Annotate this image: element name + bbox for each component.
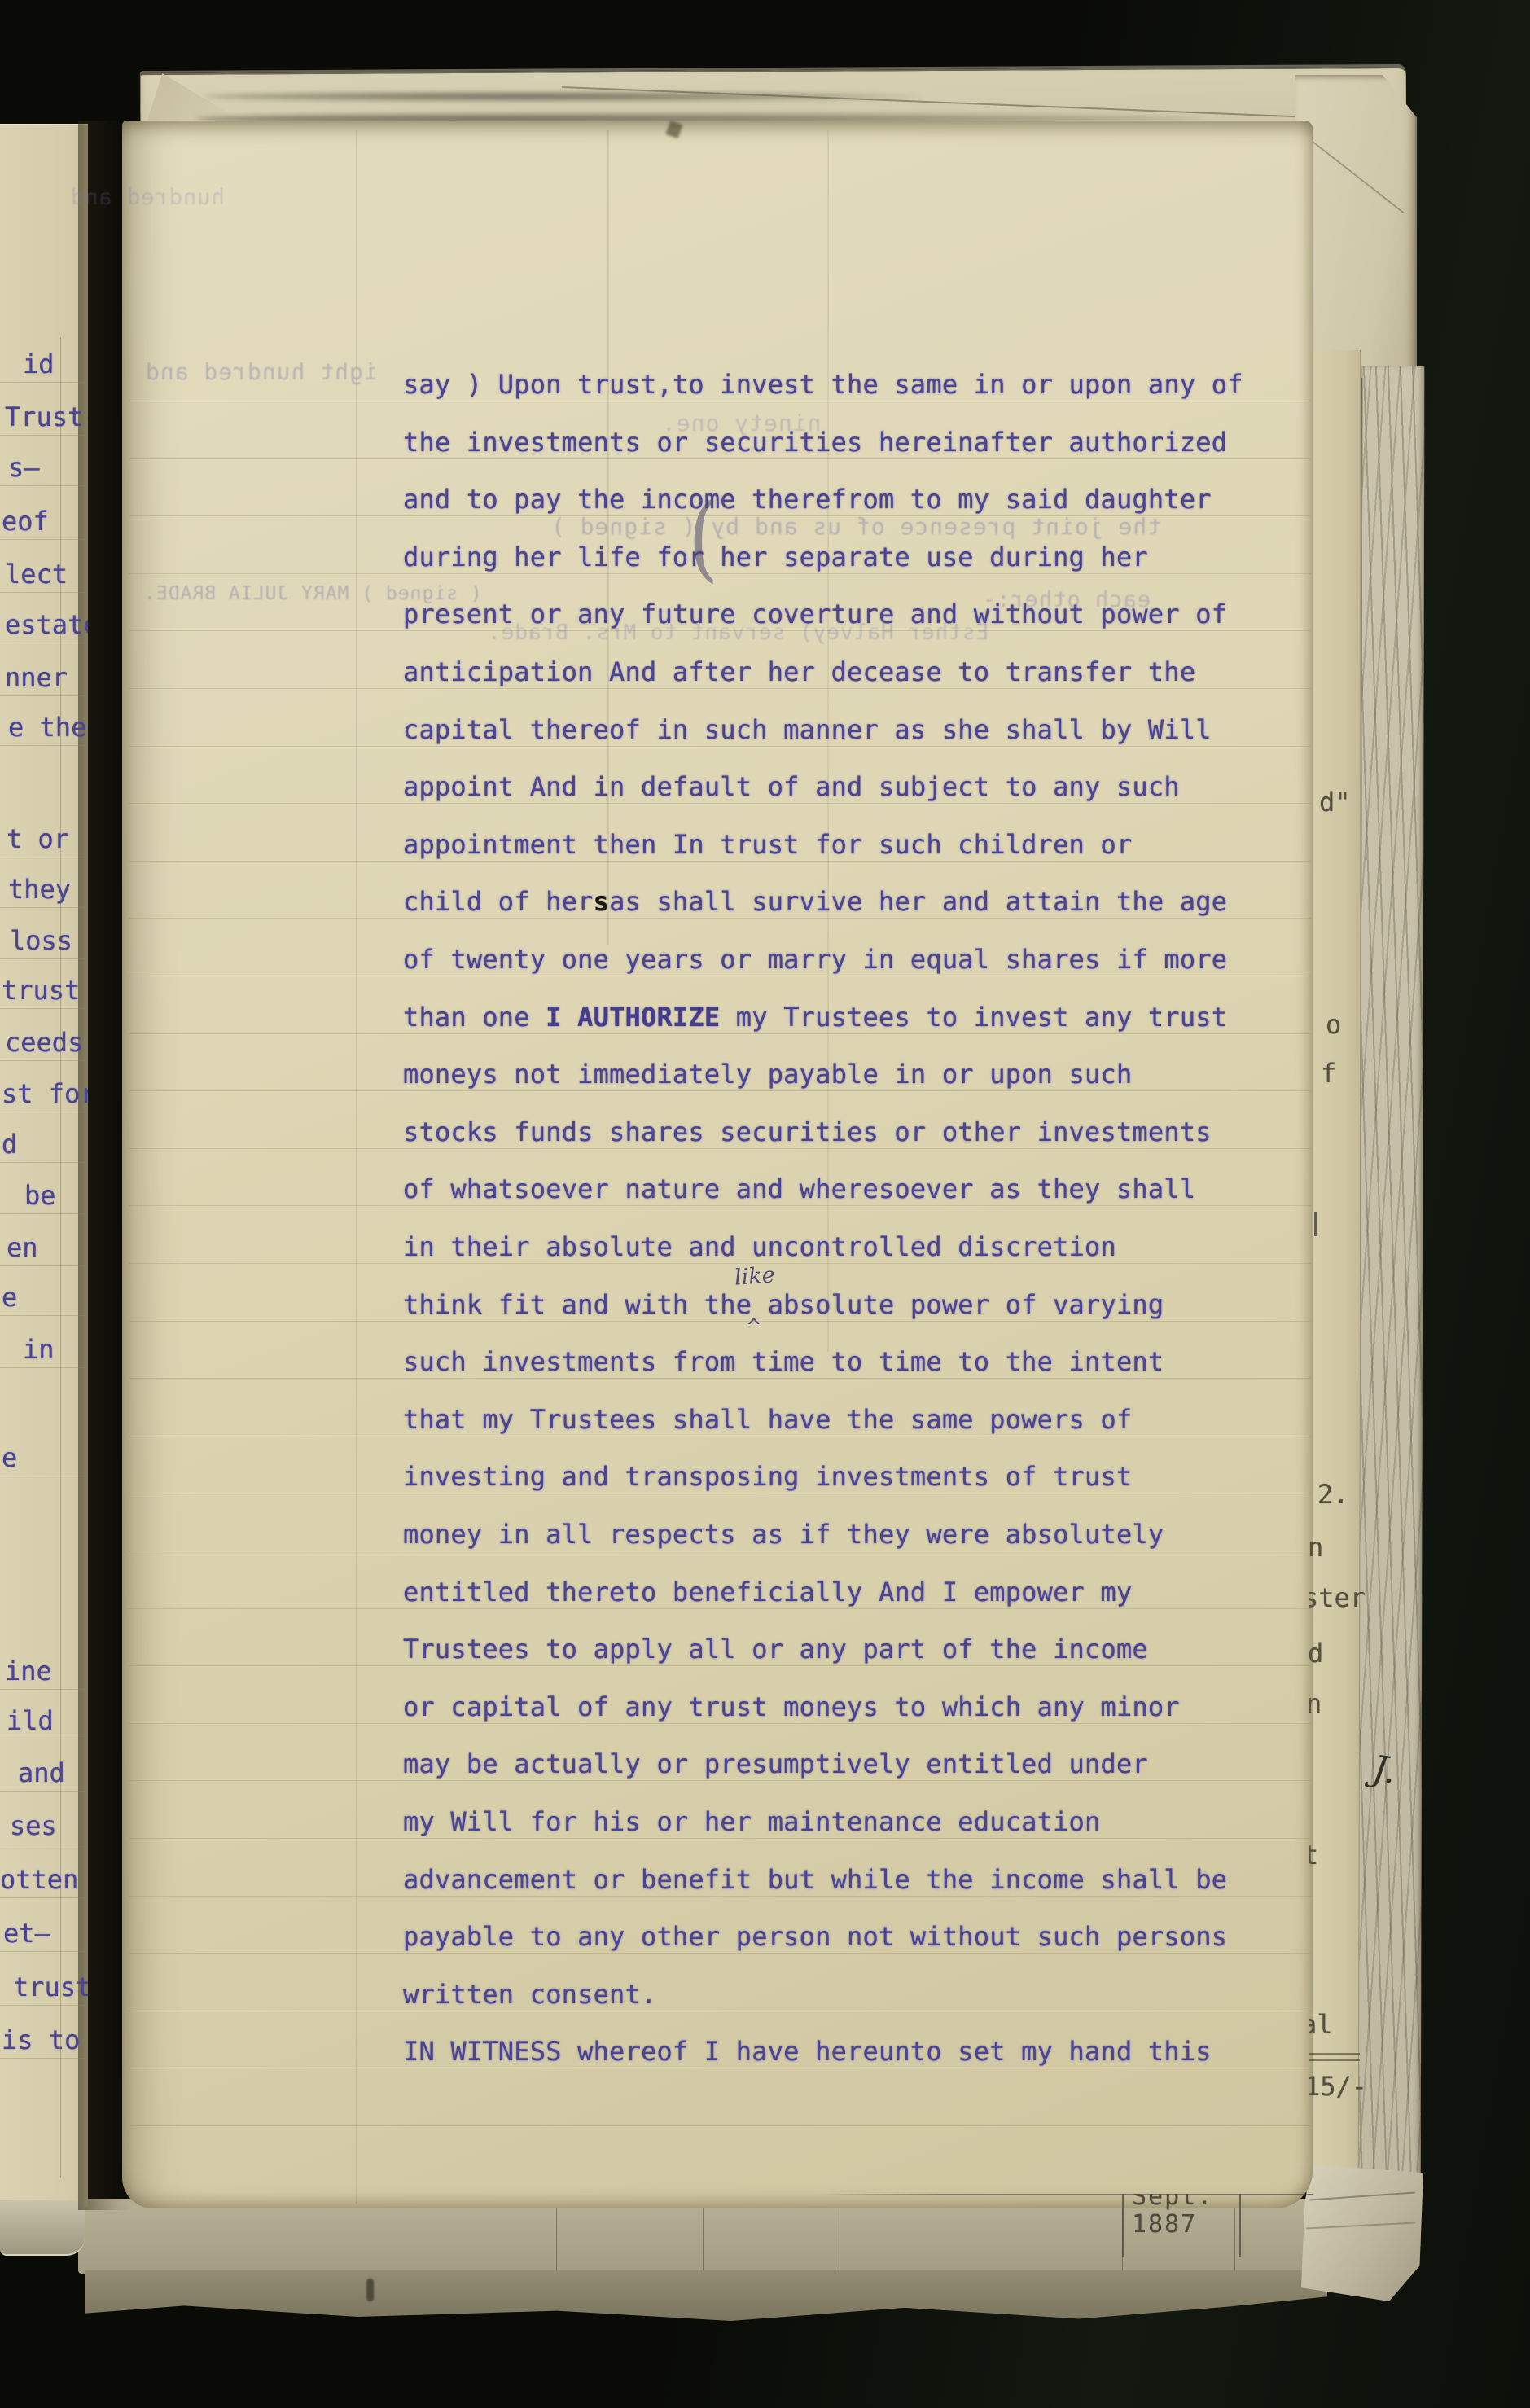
document-line: or capital of any trust moneys to which … <box>403 1689 1180 1725</box>
edge-tick-mark <box>1314 1212 1317 1236</box>
right-edge-fragment: n <box>1309 1687 1322 1720</box>
left-edge-fragment: id <box>23 348 55 380</box>
left-edge-fragment: lect <box>5 558 68 590</box>
left-ruled-line <box>0 857 85 857</box>
left-edge-fragment: ild <box>7 1704 54 1737</box>
left-edge-fragment: eof <box>2 505 49 537</box>
left-edge-fragment: e <box>2 1441 17 1474</box>
document-line: appointment then In trust for such child… <box>403 827 1132 862</box>
left-edge-fragment: s— <box>8 451 40 484</box>
left-ruled-line <box>0 907 85 908</box>
left-ruled-line <box>0 1112 85 1112</box>
left-edge-fragment: ses <box>10 1809 57 1842</box>
right-edge-fragment: t <box>1309 1839 1318 1871</box>
page-crease <box>356 130 357 2204</box>
bleedthrough-text: the joint presence of us and by ( signed… <box>550 511 1161 543</box>
left-edge-fragment: and <box>18 1757 65 1789</box>
left-ruled-line <box>0 695 85 696</box>
right-edge-fragment: d <box>1309 1637 1323 1669</box>
scanned-will-page: say ) Upon trust,to invest the same in o… <box>0 0 1530 2408</box>
date-stamp-month: Sept. <box>1132 2194 1239 2211</box>
left-ruled-line <box>0 1060 85 1061</box>
bleedthrough-text: ninety one. <box>661 407 821 440</box>
document-line: that my Trustees shall have the same pow… <box>403 1401 1132 1437</box>
right-edge-fragment: d" <box>1319 786 1351 818</box>
document-line: say ) Upon trust,to invest the same in o… <box>403 366 1243 402</box>
left-edge-fragment: trusts <box>13 1971 88 2003</box>
document-line: than one I AUTHORIZE my Trustees to inve… <box>403 999 1227 1035</box>
left-edge-fragment: d <box>2 1128 17 1160</box>
left-ruled-line <box>0 1791 85 1792</box>
left-ruled-line <box>0 485 85 486</box>
document-line: capital thereof in such manner as she sh… <box>403 712 1212 748</box>
left-ruled-line <box>0 1739 85 1739</box>
left-edge-fragment: e the <box>8 711 86 743</box>
right-edge-fragment: 2. <box>1317 1478 1349 1511</box>
left-ruled-line <box>0 1162 85 1163</box>
document-line: money in all respects as if they were ab… <box>403 1516 1164 1552</box>
document-line: payable to any other person not without … <box>403 1919 1227 1954</box>
double-underline <box>1309 2059 1360 2061</box>
left-edge-fragment: e <box>2 1281 17 1314</box>
left-edge-fragment: be <box>24 1179 56 1212</box>
document-line: entitled thereto beneficially And I empo… <box>403 1574 1132 1610</box>
left-ruled-line <box>0 1951 85 1952</box>
right-edge-fragment: n <box>1309 1531 1323 1564</box>
left-ruled-line <box>0 745 85 746</box>
right-edge-fragments: d"of2.nsterdntal15/- <box>1309 0 1374 2215</box>
bleedthrough-text: Esther Halvey) servant to Mrs. Brade. <box>487 616 989 649</box>
emphasized-phrase: I AUTHORIZE <box>546 1002 720 1033</box>
left-ruled-line <box>0 1315 85 1316</box>
document-line: appoint And in default of and subject to… <box>403 769 1180 805</box>
left-edge-fragment: Trust- <box>5 401 88 433</box>
left-ruled-line <box>0 2005 85 2006</box>
left-ruled-line <box>0 1265 85 1266</box>
handwritten-paren-mark: ( <box>688 490 718 584</box>
document-line: advancement or benefit but while the inc… <box>403 1862 1227 1897</box>
bleedthrough-text: each other:- <box>982 584 1151 616</box>
left-edge-fragment: ine <box>5 1655 52 1687</box>
left-ruled-line <box>0 1844 85 1844</box>
document-line: think fit and with the absolute power of… <box>403 1287 1164 1322</box>
left-edge-fragments: idTrust-s—eoflectestatennere thet orthey… <box>0 0 88 2408</box>
document-line: Trustees to apply all or any part of the… <box>403 1631 1148 1667</box>
document-line: of whatsoever nature and wheresoever as … <box>403 1171 1195 1207</box>
left-edge-fragment: they <box>8 873 71 906</box>
document-line: IN WITNESS whereof I have hereunto set m… <box>403 2033 1212 2069</box>
left-edge-fragment: en <box>7 1231 38 1264</box>
left-edge-fragment: otten <box>0 1863 78 1896</box>
left-edge-fragment: et— <box>3 1917 50 1950</box>
ruled-line <box>129 2011 1311 2011</box>
left-ruled-line <box>0 1213 85 1214</box>
date-stamp-year: 1887 <box>1132 2211 1239 2239</box>
left-ruled-line <box>0 958 85 959</box>
inserted-word: like <box>734 1262 776 1290</box>
left-ruled-line <box>0 1476 85 1476</box>
left-ruled-line <box>0 1367 85 1368</box>
document-line: written consent. <box>403 1976 656 2012</box>
left-edge-fragment: t or <box>7 822 69 855</box>
document-line: in their absolute and uncontrolled discr… <box>403 1229 1116 1265</box>
document-line: during her life for her separate use dur… <box>403 539 1148 575</box>
left-edge-fragment: nner <box>5 661 68 694</box>
document-line: anticipation And after her decease to tr… <box>403 654 1195 690</box>
bleedthrough-text: hundred and <box>70 182 225 214</box>
insertion-caret: ^ <box>747 1315 761 1340</box>
left-ruled-line <box>0 1897 85 1898</box>
left-edge-fragment: loss <box>10 924 72 957</box>
left-edge-fragment: in <box>23 1333 55 1366</box>
left-ruled-line <box>0 2058 85 2059</box>
left-ruled-line <box>0 435 85 436</box>
text-layer: say ) Upon trust,to invest the same in o… <box>0 0 1530 2408</box>
left-ruled-line <box>0 1689 85 1690</box>
document-line: stocks funds shares securities or other … <box>403 1114 1212 1150</box>
left-edge-fragment: st for <box>2 1077 88 1110</box>
left-ruled-line <box>0 539 85 540</box>
black-ink-overstrike: s <box>594 886 609 917</box>
left-edge-fragment: estate <box>5 608 88 641</box>
left-ruled-line <box>0 643 85 643</box>
date-stamp: Sept. 1887 <box>1122 2194 1241 2257</box>
right-edge-fragment: al <box>1309 2008 1333 2041</box>
right-edge-fragment: o <box>1326 1008 1341 1041</box>
right-edge-fragment: 15/- <box>1309 2070 1367 2103</box>
right-edge-fragment: f <box>1321 1057 1336 1090</box>
ruled-line <box>129 2125 1311 2126</box>
document-line: moneys not immediately payable in or upo… <box>403 1056 1132 1092</box>
left-edge-fragment: trust <box>2 974 80 1007</box>
bleedthrough-text: ight hundred and <box>145 356 378 388</box>
double-underline <box>1309 2053 1360 2055</box>
document-line: of twenty one years or marry in equal sh… <box>403 941 1227 977</box>
document-line: my Will for his or her maintenance educa… <box>403 1804 1101 1840</box>
left-ruled-line <box>0 382 85 383</box>
left-ruled-line <box>0 592 85 593</box>
document-line: child of hersas shall survive her and at… <box>403 884 1227 919</box>
left-edge-fragment: is to <box>2 2024 80 2056</box>
left-ruled-line <box>0 1008 85 1009</box>
document-line: may be actually or presumptively entitle… <box>403 1746 1148 1782</box>
document-line: such investments from time to time to th… <box>403 1344 1164 1379</box>
bleedthrough-text: ( signed ) MARY JULIA BRADE. <box>143 577 482 610</box>
right-edge-fragment: ster <box>1309 1581 1366 1614</box>
left-edge-fragment: ceeds <box>5 1026 83 1059</box>
document-line: investing and transposing investments of… <box>403 1458 1132 1494</box>
